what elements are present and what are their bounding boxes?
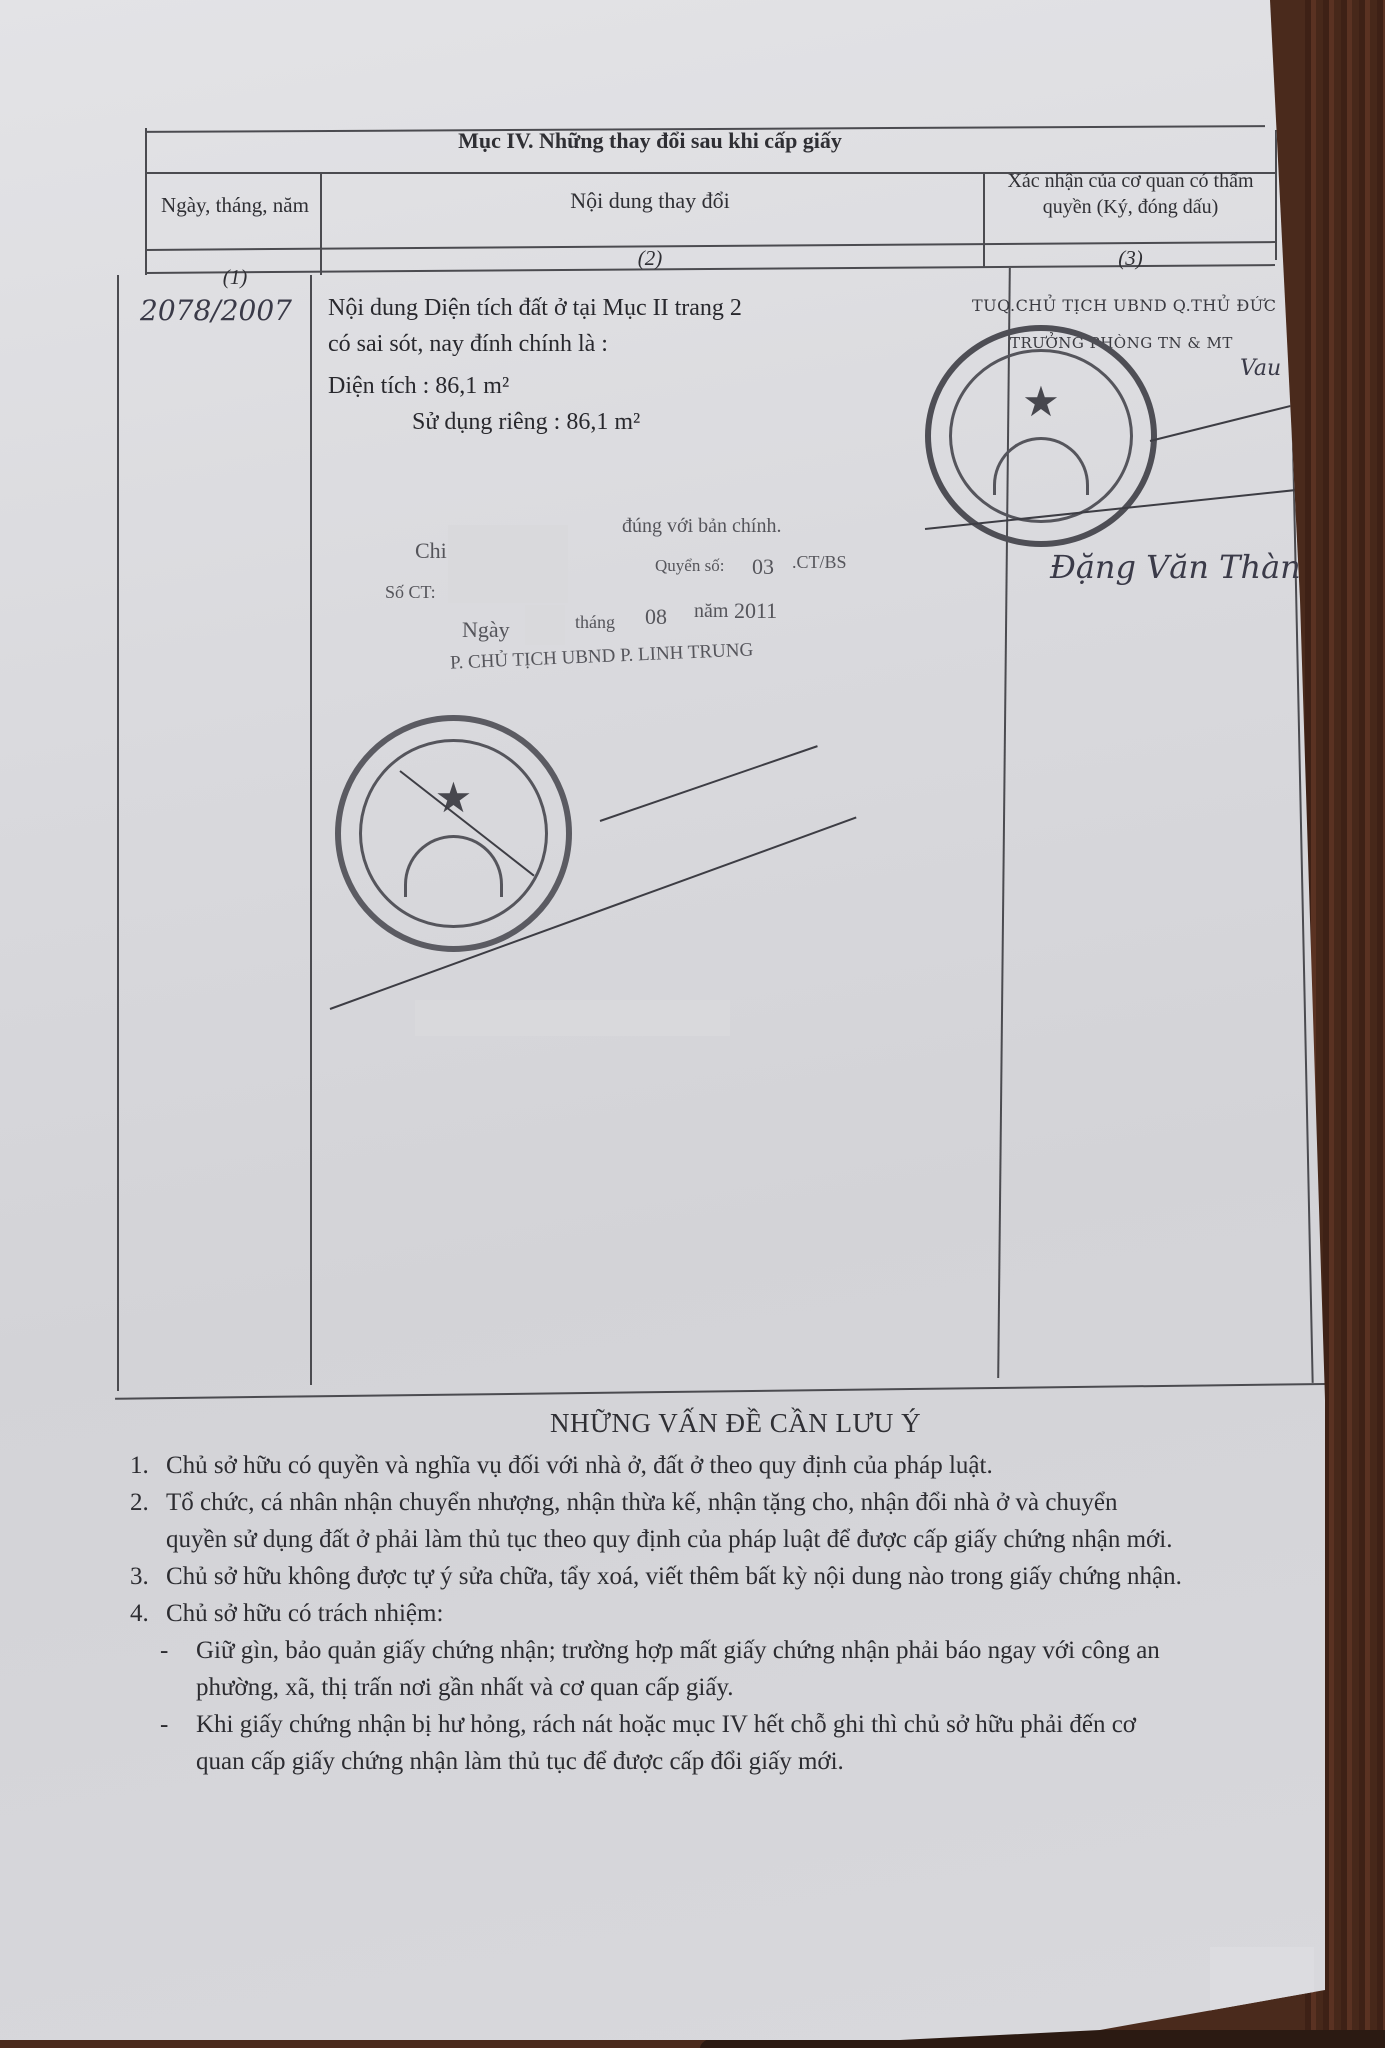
table-border-left xyxy=(117,275,119,1391)
note-item: 4.Chủ sở hữu có trách nhiệm: xyxy=(130,1595,1380,1632)
day-label: Ngày xyxy=(462,617,510,643)
note-bullet: -Giữ gìn, bảo quản giấy chứng nhận; trườ… xyxy=(130,1632,1380,1669)
month-label: tháng xyxy=(575,612,615,633)
star-emblem-icon: ★ xyxy=(1022,377,1060,427)
certificate-page: Mục IV. Những thay đổi sau khi cấp giấy … xyxy=(0,0,1325,2040)
quyen-so-label: Quyển số: xyxy=(655,556,724,576)
note-bullet-continued: phường, xã, thị trấn nơi gần nhất và cơ … xyxy=(130,1669,1380,1706)
handwritten-date: 2078/2007 xyxy=(140,294,292,327)
entry-line-1: Nội dung Diện tích đất ở tại Mục II tran… xyxy=(328,294,742,322)
column-header-content: Nội dung thay đổi xyxy=(320,188,980,214)
section-title: Mục IV. Những thay đổi sau khi cấp giấy xyxy=(320,128,980,154)
ward-signer-title: P. CHỦ TỊCH UBND P. LINH TRUNG xyxy=(450,639,754,674)
redacted-area xyxy=(525,605,565,645)
quyen-so-value: 03 xyxy=(752,554,774,580)
initials: Vau xyxy=(1240,356,1281,381)
district-seal: ★ xyxy=(925,325,1157,547)
note-bullet-continued: quan cấp giấy chứng nhận làm thủ tục để … xyxy=(130,1743,1380,1780)
column-number-2: (2) xyxy=(320,245,980,271)
column-number-3: (3) xyxy=(988,245,1273,271)
table-border-left xyxy=(145,128,147,275)
star-emblem-icon: ★ xyxy=(435,773,473,823)
ward-signature-stroke xyxy=(600,745,818,822)
table-border-bottom xyxy=(115,1382,1385,1400)
entry-line-2: có sai sót, nay đính chính là : xyxy=(328,330,608,358)
entry-area: Diện tích : 86,1 m² xyxy=(328,372,509,400)
note-item: 2.Tổ chức, cá nhân nhận chuyển nhượng, n… xyxy=(130,1484,1380,1521)
signer-name: Đặng Văn Thành xyxy=(1050,548,1321,586)
copy-prefix: Chi xyxy=(415,538,447,564)
note-item-continued: quyền sử dụng đất ở phải làm thủ tục the… xyxy=(130,1521,1380,1558)
notes-section: NHỮNG VẤN ĐỀ CẦN LƯU Ý 1.Chủ sở hữu có q… xyxy=(130,1408,1380,1780)
year-label: năm xyxy=(694,600,728,623)
redacted-area xyxy=(415,1000,730,1036)
copy-statement: đúng với bản chính. xyxy=(622,515,781,538)
notes-title: NHỮNG VẤN ĐỀ CẦN LƯU Ý xyxy=(550,1408,1380,1439)
ward-seal: ★ xyxy=(335,715,572,952)
note-bullet: -Khi giấy chứng nhận bị hư hỏng, rách ná… xyxy=(130,1706,1380,1743)
column-divider xyxy=(983,172,985,267)
column-header-date: Ngày, tháng, năm xyxy=(150,192,320,218)
authority-line-1: TUQ.CHỦ TỊCH UBND Q.THỦ ĐỨC xyxy=(972,296,1277,315)
column-header-confirmation: Xác nhận của cơ quan có thẩm quyền (Ký, … xyxy=(988,168,1273,220)
note-item: 3.Chủ sở hữu không được tự ý sửa chữa, t… xyxy=(130,1558,1380,1595)
note-item: 1.Chủ sở hữu có quyền và nghĩa vụ đối vớ… xyxy=(130,1447,1380,1484)
month-value: 08 xyxy=(645,604,667,630)
column-divider xyxy=(310,275,312,1385)
redacted-area xyxy=(448,525,568,603)
quyen-so-suffix: .CT/BS xyxy=(792,552,847,573)
so-ct-label: Số CT: xyxy=(385,582,436,603)
redacted-area xyxy=(1210,1947,1314,2025)
column-number-1: (1) xyxy=(150,264,320,290)
year-value: 2011 xyxy=(734,598,777,624)
table-border-right xyxy=(1275,130,1277,260)
entry-private-use: Sử dụng riêng : 86,1 m² xyxy=(412,408,640,436)
authority-signature xyxy=(1150,401,1306,442)
